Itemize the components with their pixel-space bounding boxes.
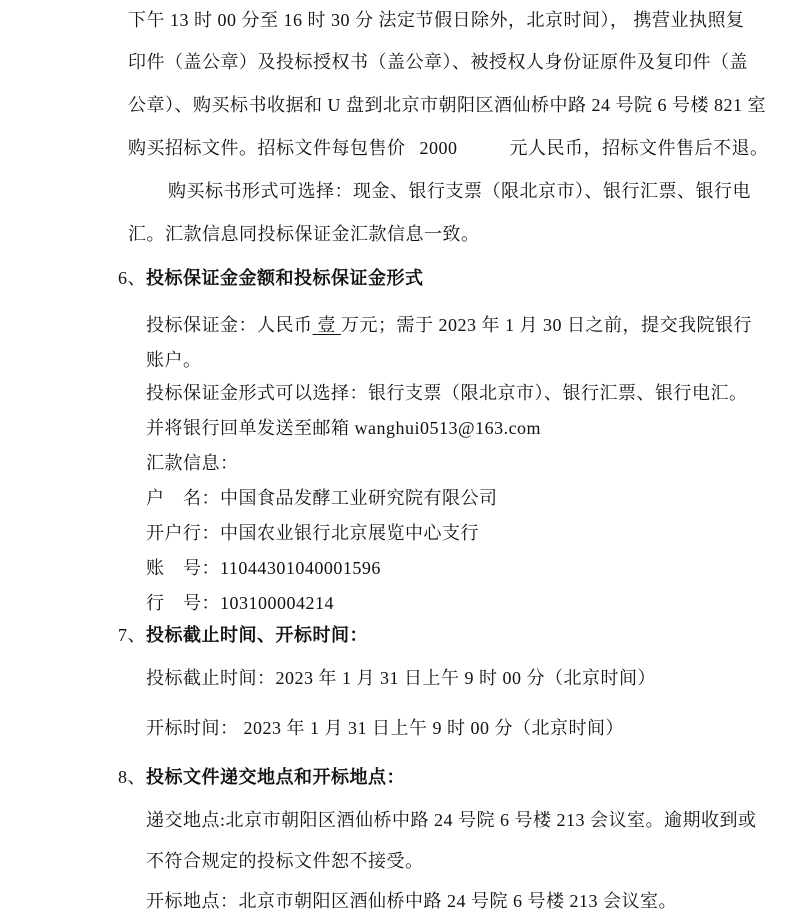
paragraph-payment-line-1: 购买标书形式可选择：现金、银行支票（限北京市）、银行汇票、银行电 — [168, 180, 751, 202]
account-number-label: 账 号： — [146, 558, 220, 578]
account-name-line: 户 名：中国食品发酵工业研究院有限公司 — [146, 487, 498, 509]
tender-document-page: 下午 13 时 00 分至 16 时 30 分 法定节假日除外，北京时间）， 携… — [0, 0, 794, 915]
remittance-info-title: 汇款信息： — [146, 452, 239, 474]
bank-number-value: 103100004214 — [220, 593, 334, 613]
section-8-heading: 8、投标文件递交地点和开标地点： — [118, 766, 405, 788]
account-number-line: 账 号：11044301040001596 — [146, 557, 381, 579]
section-6-heading: 6、投标保证金金额和投标保证金形式 — [118, 267, 424, 289]
paragraph-purchase-line-1: 下午 13 时 00 分至 16 时 30 分 法定节假日除外，北京时间）， 携… — [128, 9, 745, 31]
bank-name-value: 中国农业银行北京展览中心支行 — [220, 523, 479, 543]
submission-place-line-2: 不符合规定的投标文件恕不接受。 — [146, 850, 424, 872]
opening-place-line: 开标地点：北京市朝阳区酒仙桥中路 24 号院 6 号楼 213 会议室。 — [146, 890, 677, 912]
paragraph-purchase-line-2: 印件（盖公章）及投标授权书（盖公章）、被授权人身份证原件及复印件（盖 — [128, 51, 748, 73]
tender-fee-suffix: 元人民币，招标文件售后不退。 — [510, 138, 769, 158]
bank-name-label: 开户行： — [146, 523, 220, 543]
section-6-title: 投标保证金金额和投标保证金形式 — [146, 268, 424, 288]
bid-deposit-line-2: 账户。 — [146, 349, 202, 371]
bid-deadline-line: 投标截止时间：2023 年 1 月 31 日上午 9 时 00 分（北京时间） — [146, 667, 656, 689]
paragraph-payment-line-2: 汇。汇款信息同投标保证金汇款信息一致。 — [128, 223, 480, 245]
bid-opening-time-line: 开标时间： 2023 年 1 月 31 日上午 9 时 00 分（北京时间） — [146, 717, 624, 739]
section-7-heading: 7、投标截止时间、开标时间： — [118, 624, 368, 646]
account-name-label: 户 名： — [146, 488, 220, 508]
bid-deposit-prefix: 投标保证金：人民币 — [146, 315, 313, 335]
receipt-email-line: 并将银行回单发送至邮箱 wanghui0513@163.com — [146, 417, 541, 439]
account-number-value: 11044301040001596 — [220, 558, 381, 578]
section-8-number: 8、 — [118, 767, 146, 787]
section-6-number: 6、 — [118, 268, 146, 288]
submission-place-line-1: 递交地点:北京市朝阳区酒仙桥中路 24 号院 6 号楼 213 会议室。逾期收到… — [146, 809, 757, 831]
paragraph-purchase-line-3: 公章）、购买标书收据和 U 盘到北京市朝阳区酒仙桥中路 24 号院 6 号楼 8… — [128, 94, 766, 116]
bid-deposit-amount: 壹 — [313, 315, 342, 335]
tender-fee-value: 2000 — [420, 138, 458, 158]
section-7-title: 投标截止时间、开标时间： — [146, 625, 368, 645]
bank-number-label: 行 号： — [146, 593, 220, 613]
bid-deposit-line-1: 投标保证金：人民币 壹 万元；需于 2023 年 1 月 30 日之前，提交我院… — [146, 314, 752, 336]
section-8-title: 投标文件递交地点和开标地点： — [146, 767, 405, 787]
bid-deposit-suffix: 万元；需于 2023 年 1 月 30 日之前，提交我院银行 — [341, 315, 752, 335]
bank-name-line: 开户行：中国农业银行北京展览中心支行 — [146, 522, 479, 544]
deposit-forms-line: 投标保证金形式可以选择：银行支票（限北京市）、银行汇票、银行电汇。 — [146, 382, 748, 404]
bank-number-line: 行 号：103100004214 — [146, 592, 334, 614]
account-name-value: 中国食品发酵工业研究院有限公司 — [220, 488, 498, 508]
section-7-number: 7、 — [118, 625, 146, 645]
paragraph-purchase-line-4: 购买招标文件。招标文件每包售价2000元人民币，招标文件售后不退。 — [128, 137, 769, 159]
tender-fee-prefix: 购买招标文件。招标文件每包售价 — [128, 138, 406, 158]
